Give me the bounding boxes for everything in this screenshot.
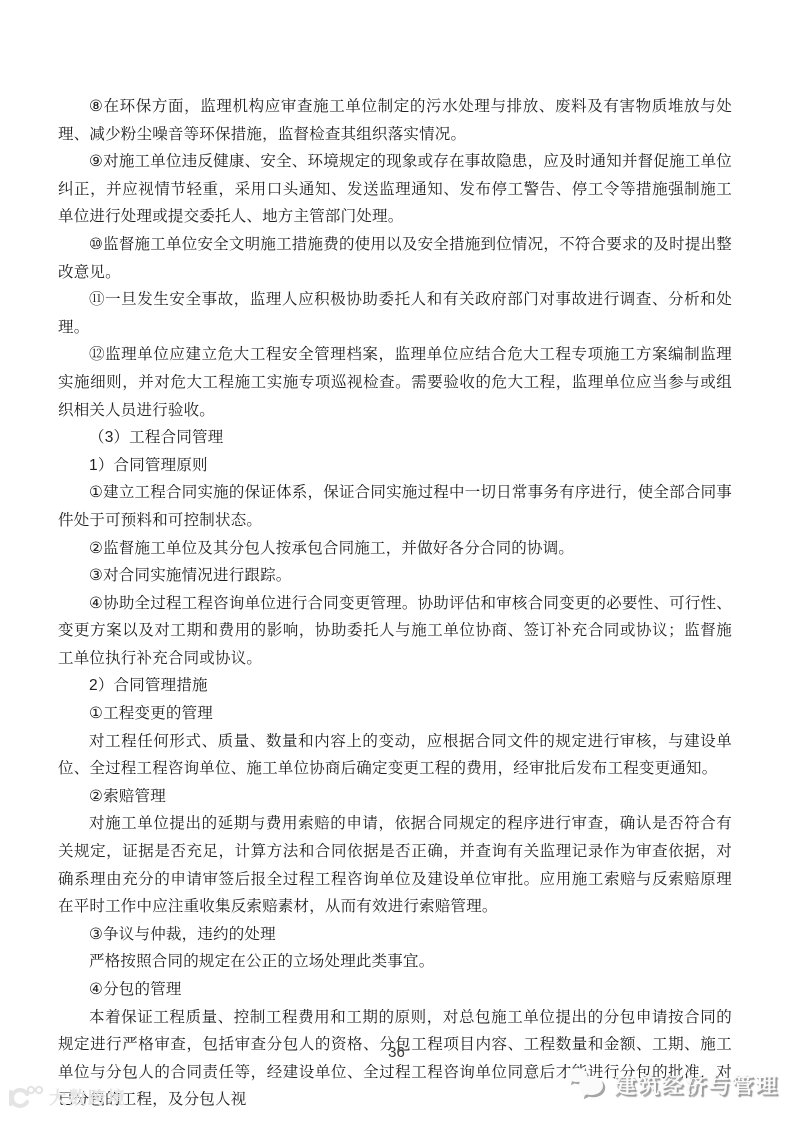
doc-paragraph: ⑧在环保方面，监理机构应审查施工单位制定的污水处理与排放、废料及有害物质堆放与处… [58, 93, 732, 148]
brand-logo-icon [8, 1084, 44, 1110]
page-number: 36 [0, 1044, 793, 1061]
doc-paragraph: ③对合同实施情况进行跟踪。 [58, 562, 732, 590]
document-page: ⑧在环保方面，监理机构应审查施工单位制定的污水处理与排放、废料及有害物质堆放与处… [0, 0, 793, 1122]
watermark-left: 大数跨境 [8, 1084, 127, 1110]
subsection-heading-contract-measures: 2）合同管理措施 [58, 672, 732, 700]
item-heading-subcontract-management: ④分包的管理 [58, 976, 732, 1004]
doc-paragraph: ⑪一旦发生安全事故，监理人应积极协助委托人和有关政府部门对事故进行调查、分析和处… [58, 286, 732, 341]
doc-paragraph: ④协助全过程工程咨询单位进行合同变更管理。协助评估和审核合同变更的必要性、可行性… [58, 590, 732, 673]
item-heading-change-management: ①工程变更的管理 [58, 700, 732, 728]
watermark-right: 建筑经济与管理 [565, 1064, 779, 1104]
watermark-right-label: 建筑经济与管理 [614, 1069, 779, 1100]
document-body: ⑧在环保方面，监理机构应审查施工单位制定的污水处理与排放、废料及有害物质堆放与处… [58, 93, 732, 1114]
item-heading-claim-management: ②索赔管理 [58, 783, 732, 811]
doc-paragraph: 严格按照合同的规定在公正的立场处理此类事宜。 [58, 948, 732, 976]
doc-paragraph: ⑨对施工单位违反健康、安全、环境规定的现象或存在事故隐患，应及时通知并督促施工单… [58, 148, 732, 231]
subsection-heading-contract-principles: 1）合同管理原则 [58, 452, 732, 480]
chat-bubbles-icon [565, 1064, 607, 1104]
watermark-left-label: 大数跨境 [49, 1085, 127, 1110]
doc-paragraph: ①建立工程合同实施的保证体系，保证合同实施过程中一切日常事务有序进行，使全部合同… [58, 479, 732, 534]
doc-paragraph: ⑫监理单位应建立危大工程安全管理档案，监理单位应结合危大工程专项施工方案编制监理… [58, 341, 732, 424]
doc-paragraph: 对工程任何形式、质量、数量和内容上的变动，应根据合同文件的规定进行审核，与建设单… [58, 728, 732, 783]
doc-paragraph: 对施工单位提出的延期与费用索赔的申请，依据合同规定的程序进行审查，确认是否符合有… [58, 810, 732, 920]
section-heading-contract-management: （3）工程合同管理 [58, 424, 732, 452]
doc-paragraph: ⑩监督施工单位安全文明施工措施费的使用以及安全措施到位情况，不符合要求的及时提出… [58, 231, 732, 286]
doc-paragraph: ②监督施工单位及其分包人按承包合同施工，并做好各分合同的协调。 [58, 535, 732, 563]
item-heading-dispute-arbitration: ③争议与仲裁，违约的处理 [58, 921, 732, 949]
